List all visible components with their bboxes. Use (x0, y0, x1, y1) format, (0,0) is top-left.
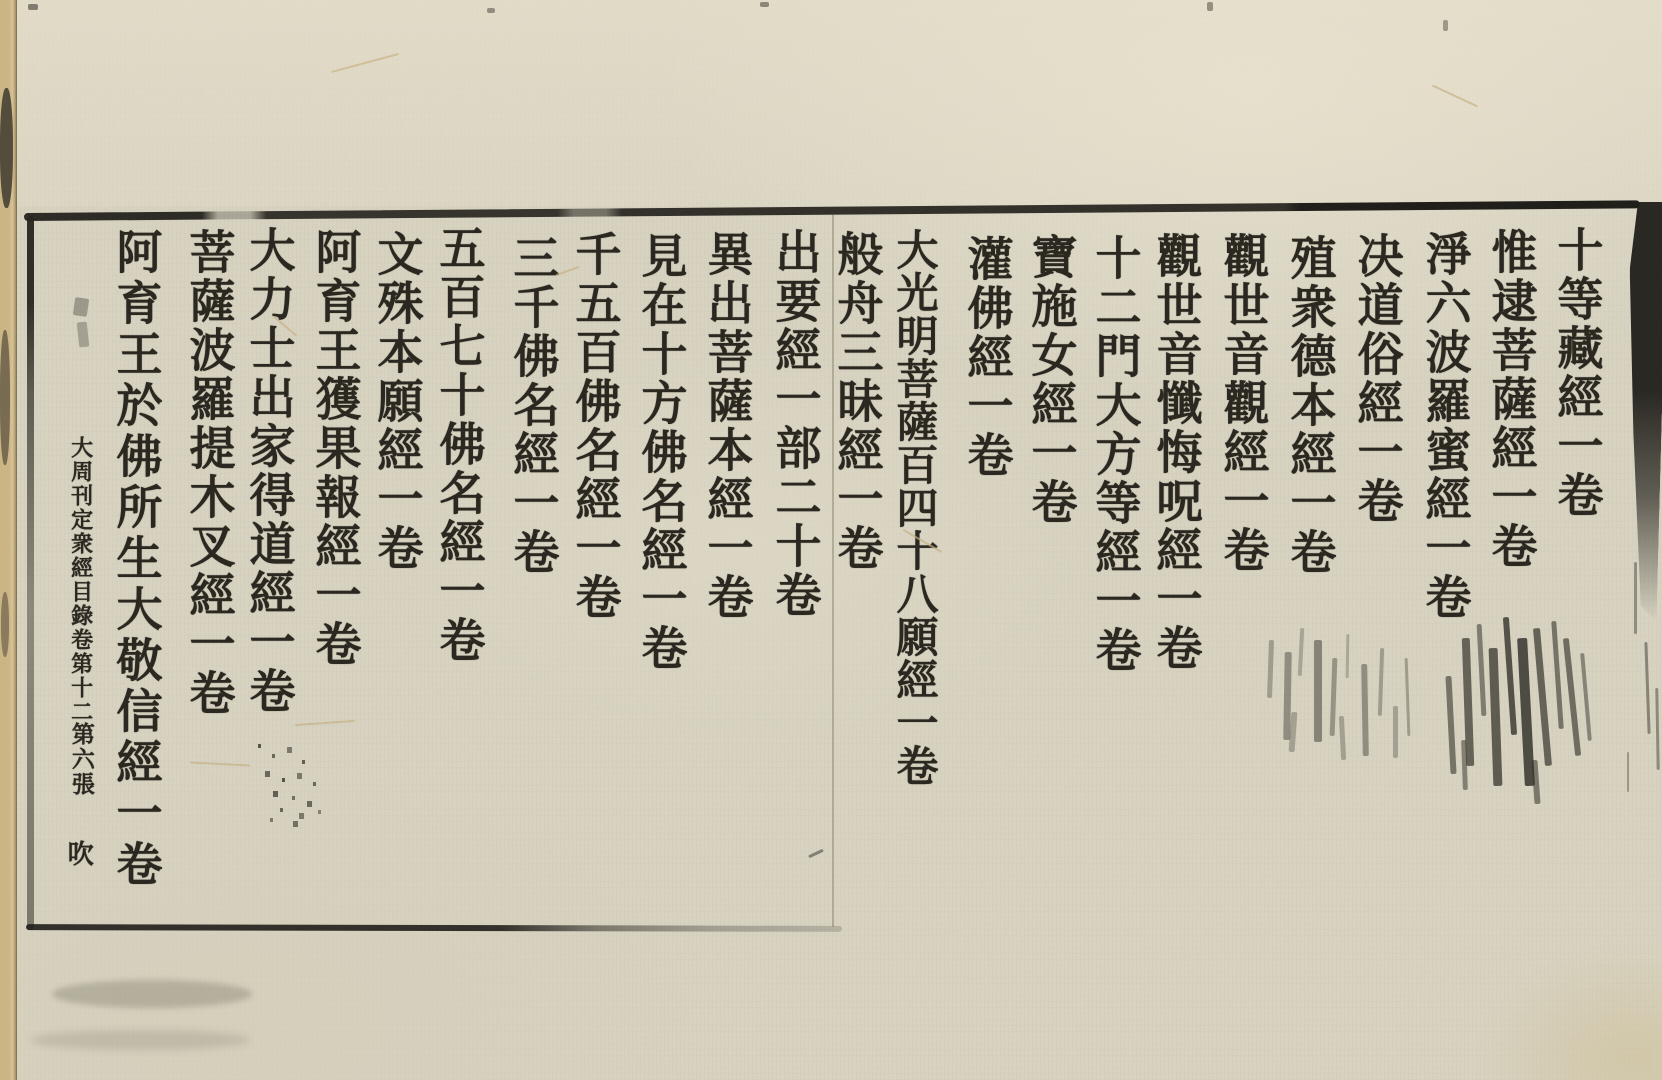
sutra-column: 淨六波羅蜜經一卷 (1416, 230, 1474, 622)
woodblock-catalog-page: 十等藏經一卷 惟逮菩薩經一卷 淨六波羅蜜經一卷 决道俗經一卷 殖衆德本經一卷 觀… (0, 0, 1662, 1080)
edge-speck (760, 2, 769, 7)
sutra-column: 大光明菩薩百四十八願經一卷 (888, 228, 941, 787)
ink-scribble (73, 297, 89, 317)
edge-speck (1443, 20, 1448, 31)
ink-streak (1634, 562, 1637, 634)
sutra-column: 十二門大方等經一卷 (1086, 234, 1144, 675)
sutra-column: 阿育王於佛所生大敬信經一卷 (107, 228, 165, 891)
ink-streak (1503, 617, 1517, 735)
ink-streak (1393, 706, 1398, 758)
frame-left-border (27, 216, 34, 930)
ink-streak (1339, 716, 1346, 760)
paper-fiber (190, 761, 250, 766)
sutra-column: 寶施女經一卷 (1022, 233, 1080, 527)
sutra-column: 阿育王獲果報經一卷 (306, 228, 364, 669)
sutra-column: 三千佛名經一卷 (504, 234, 562, 577)
ink-streak (1627, 752, 1629, 792)
ink-streak (1489, 648, 1503, 786)
ink-streak (1267, 640, 1274, 698)
sutra-column: 觀世音懺悔呪經一卷 (1147, 232, 1205, 673)
edge-speck (487, 8, 495, 13)
ink-streak (1655, 688, 1659, 770)
edge-ink-blob (0, 88, 13, 208)
sutra-column: 菩薩波羅提木叉經一卷 (180, 228, 238, 718)
ink-streak (1533, 628, 1552, 766)
edge-speck (1207, 2, 1213, 11)
sutra-column: 異出菩薩本經一卷 (698, 230, 756, 622)
ink-streak (1346, 634, 1350, 678)
ink-dash (808, 849, 824, 858)
ink-streak (1330, 658, 1338, 736)
sutra-column: 出要經一部二十卷 (766, 228, 824, 620)
frame-right-border (1621, 202, 1662, 622)
ink-streak (1405, 658, 1411, 736)
paper-corner-shading (1470, 940, 1662, 1080)
colophon-catalog-title: 大周刊定衆經目錄卷第十二 (66, 436, 95, 724)
sutra-column: 五百七十佛名經一卷 (430, 224, 488, 665)
paper-fiber (295, 720, 355, 726)
edge-ink-blob (0, 330, 10, 465)
ink-streak (1445, 676, 1456, 774)
sutra-column: 灌佛經一卷 (958, 235, 1016, 480)
sutra-column: 般舟三昧經一卷 (828, 230, 886, 573)
sutra-column: 大力士出家得道經一卷 (240, 226, 298, 716)
sutra-column: 見在十方佛名經一卷 (632, 232, 690, 673)
frame-bottom-border (26, 924, 842, 932)
grey-smudge (52, 980, 252, 1008)
ink-streak (1378, 648, 1384, 716)
colophon-collation-mark: 吹 (62, 840, 93, 869)
ink-streak (1477, 624, 1487, 716)
sutra-column: 惟逮菩薩經一卷 (1482, 228, 1540, 571)
sutra-column: 千五百佛名經一卷 (566, 230, 624, 622)
ink-speckle-smudge (258, 744, 261, 748)
sutra-column: 殖衆德本經一卷 (1281, 234, 1339, 577)
sutra-column: 文殊本願經一卷 (368, 230, 426, 573)
ink-streak (1531, 760, 1540, 804)
colophon-sheet-number: 第六張 (66, 722, 96, 797)
edge-speck (28, 4, 38, 10)
ink-streak (1551, 621, 1564, 729)
grey-smudge (30, 1030, 250, 1050)
paper-margin-top (0, 0, 1662, 206)
sutra-column: 十等藏經一卷 (1548, 226, 1606, 520)
ink-streak (1563, 638, 1581, 756)
sutra-column: 决道俗經一卷 (1348, 232, 1406, 526)
sutra-column: 觀世音觀經一卷 (1214, 232, 1272, 575)
edge-ink-blob (1, 592, 9, 657)
ink-streak (1289, 712, 1298, 752)
ink-streak (1298, 628, 1305, 676)
ink-streak (1361, 664, 1369, 756)
ink-scribble (77, 322, 90, 348)
ink-streak (1580, 653, 1592, 741)
ink-streak (1314, 640, 1322, 742)
ink-streak (1644, 642, 1650, 734)
